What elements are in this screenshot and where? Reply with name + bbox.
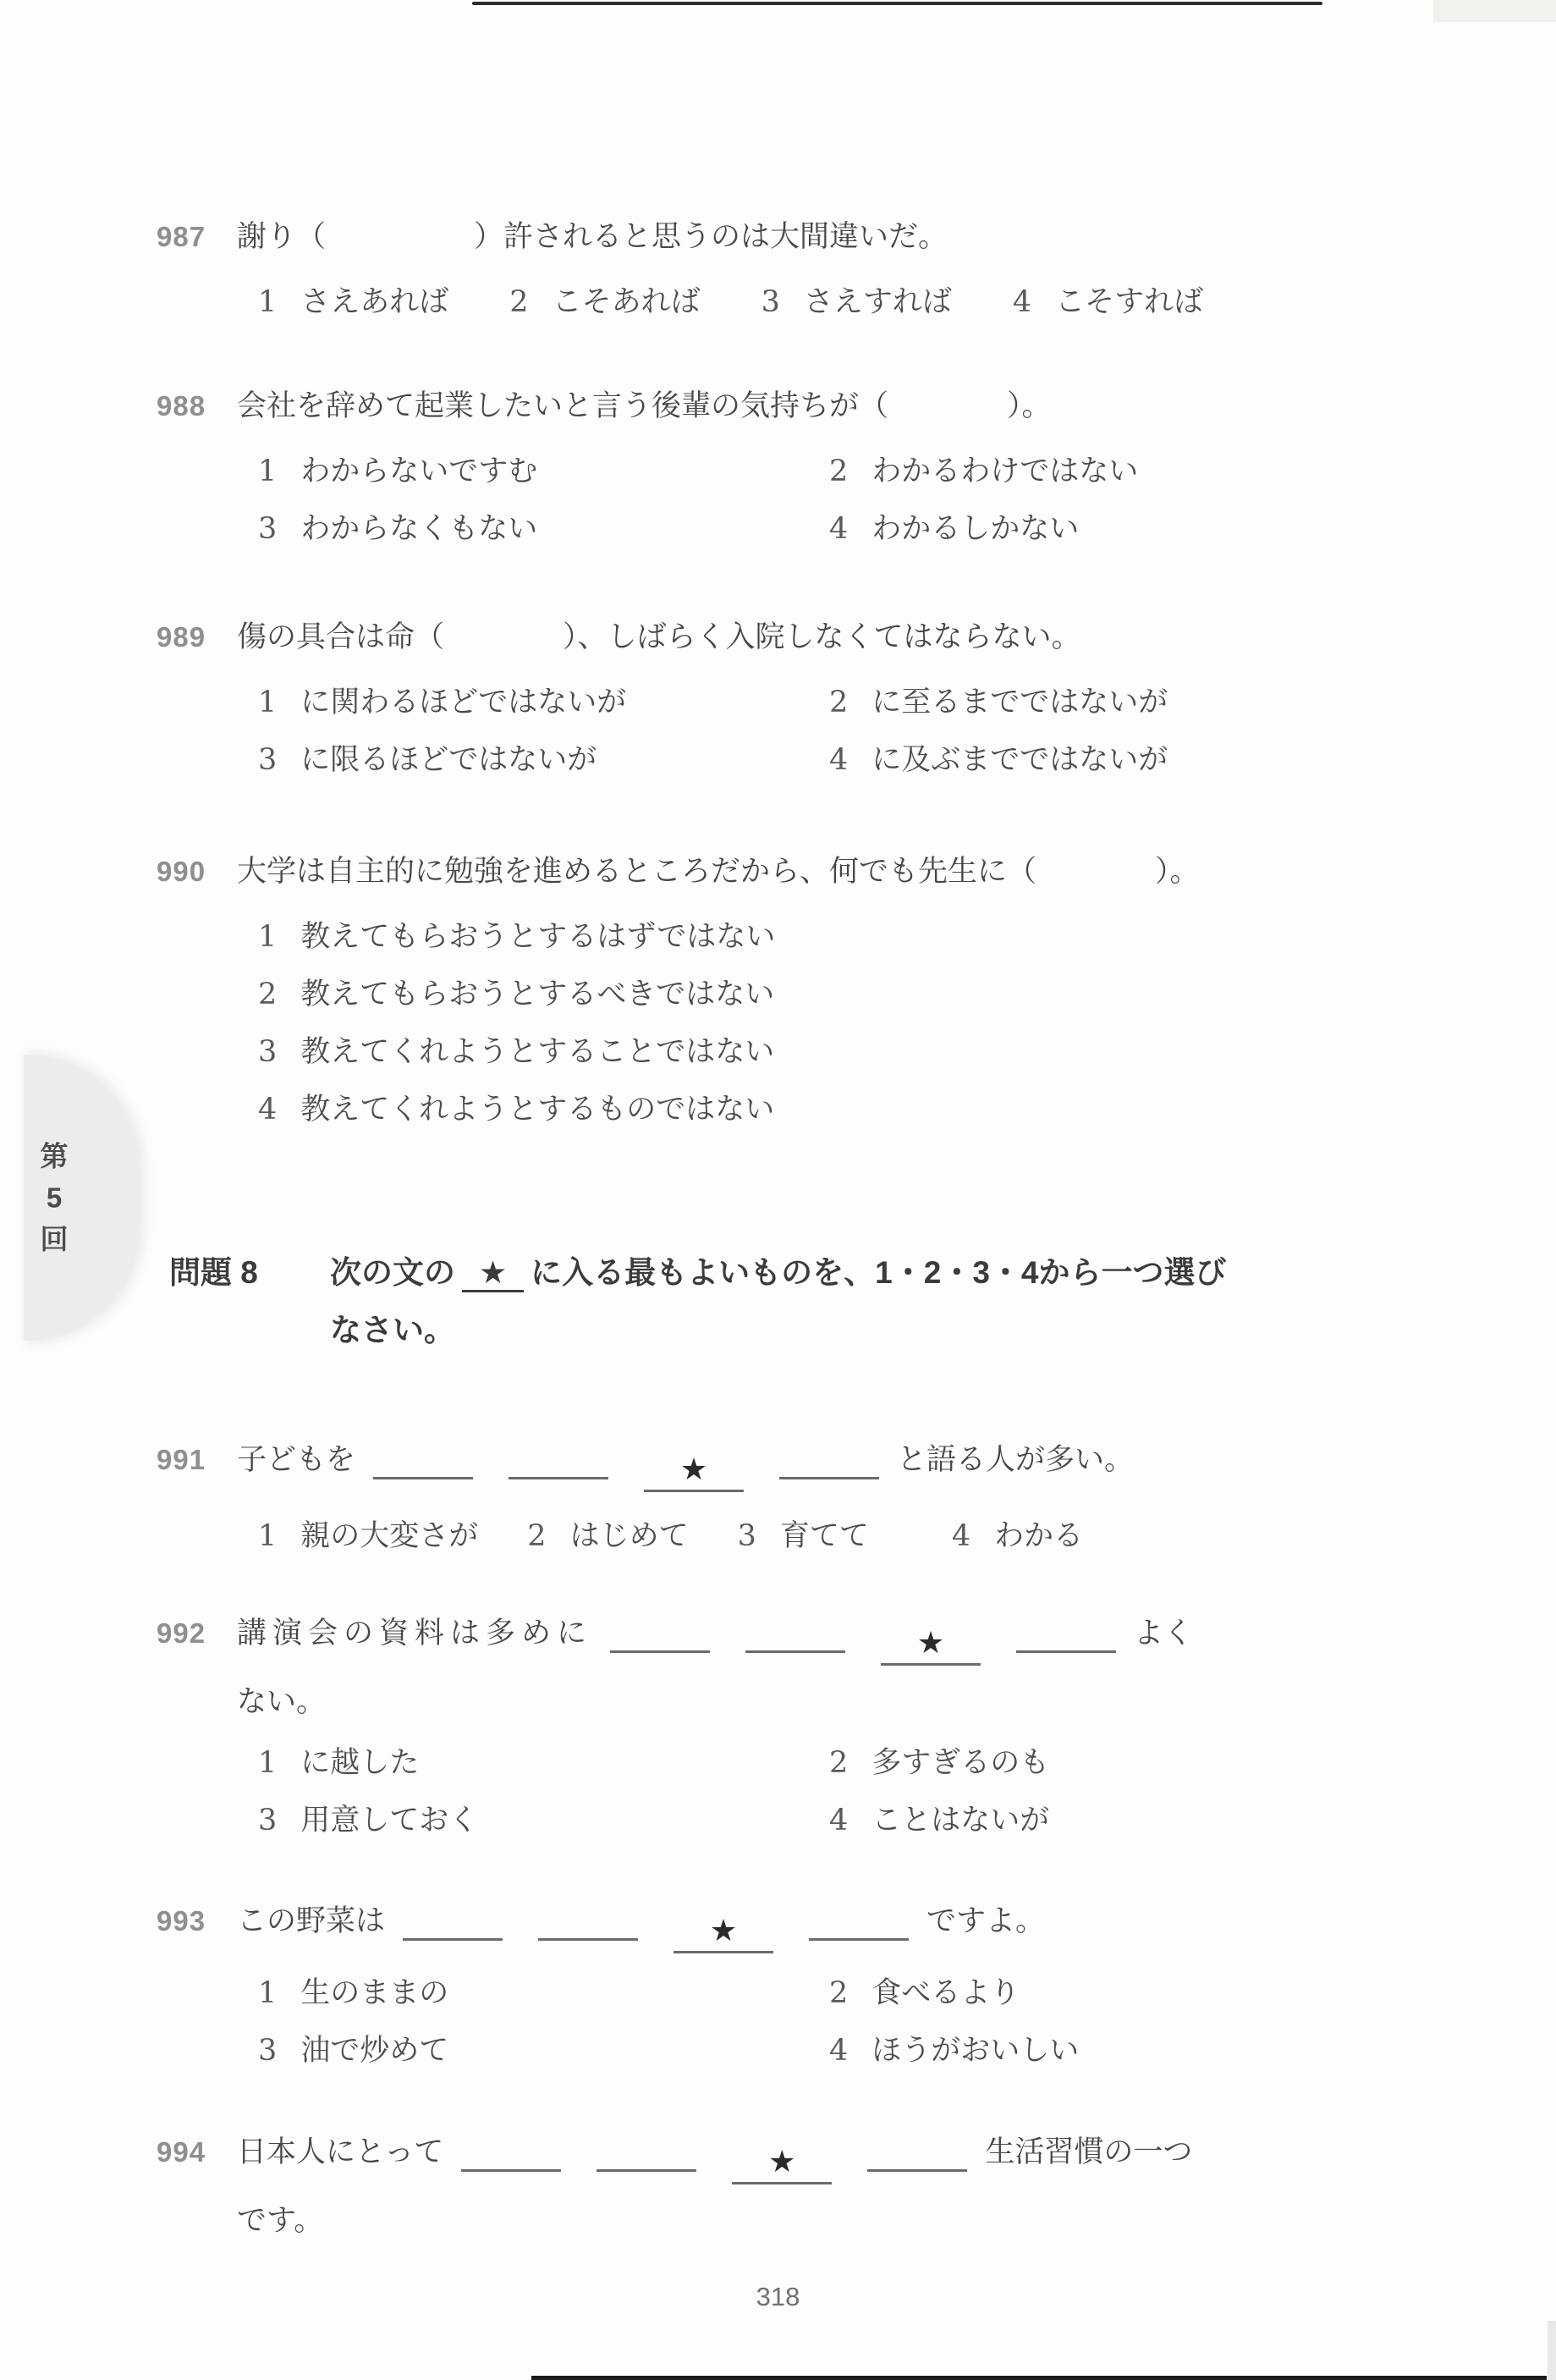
options-row: 1に関わるほどではないが 2に至るまでではないが <box>258 681 1434 724</box>
answer-blank <box>779 1439 879 1479</box>
answer-blank <box>1016 1612 1116 1653</box>
options-row: 1わからないですむ 2わかるわけではない <box>258 450 1434 493</box>
question-stem: 会社を辞めて起業したいと言う後輩の気持ちが（ ）。 <box>237 385 1052 427</box>
answer-blank-star: ★ <box>732 2144 832 2184</box>
option: 1に越した <box>258 1742 829 1784</box>
option: 2はじめて <box>527 1515 688 1557</box>
answer-blank-star: ★ <box>674 1913 773 1953</box>
option: 2に至るまでではないが <box>829 681 1434 724</box>
option: 1親の大変さが <box>258 1515 478 1557</box>
options-row: 3用意しておく 4ことはないが <box>258 1799 1434 1842</box>
answer-blank <box>610 1612 710 1653</box>
option: 3わからなくもない <box>258 508 829 550</box>
question-stem: 講演会の資料は多めに★よく <box>237 1612 1193 1666</box>
option: 2多すぎるのも <box>829 1742 1434 1784</box>
star-icon: ★ <box>462 1255 524 1292</box>
question-993: 993 この野菜は★ですよ。 1生のままの 2食べるより 3油で炒めて 4ほうが… <box>157 1900 1434 2087</box>
option: 4教えてくれようとするものではない <box>258 1088 1434 1131</box>
answer-blank <box>538 1900 638 1941</box>
options-row: 1さえあれば 2こそあれば 3さえすれば 4こそすれば <box>157 281 1434 323</box>
question-988: 988 会社を辞めて起業したいと言う後輩の気持ちが（ ）。 1わからないですむ … <box>157 385 1434 565</box>
options-row: 3油で炒めて 4ほうがおいしい <box>258 2030 1434 2072</box>
star-icon: ★ <box>732 2144 832 2181</box>
section-instruction: 次の文の★に入る最もよいものを、1・2・3・4から一つ選び <box>330 1251 1226 1295</box>
option: 3油で炒めて <box>258 2030 829 2072</box>
scan-artifact-bottom-line <box>531 2376 1547 2380</box>
answer-blank <box>597 2131 696 2172</box>
question-number: 989 <box>157 621 237 653</box>
question-994: 994 日本人にとって★生活習慣の一つ です。 <box>157 2131 1434 2265</box>
answer-blank <box>867 2131 967 2172</box>
options-row: 1生のままの 2食べるより <box>258 1972 1434 2014</box>
star-icon: ★ <box>674 1913 773 1950</box>
answer-blank <box>509 1439 608 1479</box>
star-icon: ★ <box>881 1625 981 1662</box>
question-992: 992 講演会の資料は多めに★よく ない。 1に越した 2多すぎるのも 3用意し… <box>157 1612 1434 1857</box>
section-instruction-line2: なさい。 <box>330 1308 455 1353</box>
answer-blank <box>745 1612 845 1653</box>
side-tab-char-3: 回 <box>37 1219 71 1260</box>
question-stem: 日本人にとって★生活習慣の一つ <box>237 2131 1192 2184</box>
option: 3育てて <box>738 1515 869 1557</box>
question-number: 994 <box>157 2136 237 2168</box>
answer-blank <box>809 1900 909 1941</box>
question-stem-line2: ない。 <box>237 1681 326 1723</box>
option: 1さえあれば <box>258 281 448 323</box>
star-icon: ★ <box>644 1452 744 1489</box>
scan-artifact-top-right-smudge <box>1433 0 1556 22</box>
option: 2わかるわけではない <box>829 450 1434 493</box>
options-row: 1親の大変さが 2はじめて 3育てて 4わかる <box>157 1515 1434 1557</box>
options-row: 3に限るほどではないが 4に及ぶまでではないが <box>258 739 1434 781</box>
option: 2教えてもらおうとするべきではない <box>258 973 1434 1016</box>
question-987: 987 謝り（ ）許されると思うのは大間違いだ。 1さえあれば 2こそあれば 3… <box>157 216 1434 339</box>
option: 4に及ぶまでではないが <box>829 739 1434 781</box>
question-stem: 謝り（ ）許されると思うのは大間違いだ。 <box>237 216 948 258</box>
option: 2こそあれば <box>509 281 700 323</box>
question-number: 993 <box>157 1905 237 1937</box>
page-number: 318 <box>0 2282 1556 2312</box>
options-row: 1に越した 2多すぎるのも <box>258 1742 1434 1784</box>
answer-blank <box>403 1900 503 1941</box>
question-991: 991 子どもを★と語る人が多い。 1親の大変さが 2はじめて 3育てて 4わか… <box>157 1439 1434 1573</box>
answer-blank-star: ★ <box>881 1625 981 1666</box>
question-number: 991 <box>157 1444 237 1476</box>
side-tab-label: 第 5 回 <box>37 1136 71 1260</box>
question-stem: 子どもを★と語る人が多い。 <box>237 1439 1134 1492</box>
option: 2食べるより <box>829 1972 1434 2014</box>
question-989: 989 傷の具合は命（ ）、しばらく入院しなくてはならない。 1に関わるほどでは… <box>157 616 1434 796</box>
option: 3さえすれば <box>762 281 952 323</box>
option: 4わかるしかない <box>829 508 1434 550</box>
option: 3教えてくれようとすることではない <box>258 1031 1434 1073</box>
question-number: 988 <box>157 390 237 422</box>
question-stem: この野菜は★ですよ。 <box>237 1900 1045 1953</box>
question-stem-line2: です。 <box>237 2200 323 2242</box>
side-tab-char-1: 第 <box>37 1136 71 1177</box>
scan-artifact-top-line <box>472 2 1322 5</box>
option: 4わかる <box>952 1515 1083 1557</box>
question-stem: 大学は自主的に勉強を進めるところだから、何でも先生に（ ）。 <box>237 851 1200 893</box>
answer-blank <box>373 1439 473 1479</box>
scanned-book-page: 第 5 回 987 謝り（ ）許されると思うのは大間違いだ。 1さえあれば 2こ… <box>0 0 1556 2380</box>
option: 4ほうがおいしい <box>829 2030 1434 2072</box>
option: 4ことはないが <box>829 1799 1434 1842</box>
scan-artifact-right-smudge <box>1548 2321 1556 2380</box>
options-row: 3わからなくもない 4わかるしかない <box>258 508 1434 550</box>
question-number: 987 <box>157 221 237 253</box>
answer-blank-star: ★ <box>644 1452 744 1492</box>
section-label: 問題 8 <box>169 1251 330 1295</box>
option: 4こそすれば <box>1013 281 1203 323</box>
question-stem: 傷の具合は命（ ）、しばらく入院しなくてはならない。 <box>237 616 1081 658</box>
option: 3用意しておく <box>258 1799 829 1842</box>
option: 1生のままの <box>258 1972 829 2014</box>
question-number: 992 <box>157 1617 237 1650</box>
option: 3に限るほどではないが <box>258 739 829 781</box>
side-tab-round5: 第 5 回 <box>24 1055 136 1341</box>
option: 1教えてもらおうとするはずではない <box>258 916 1434 958</box>
question-990: 990 大学は自主的に勉強を進めるところだから、何でも先生に（ ）。 1教えても… <box>157 851 1434 1146</box>
answer-blank <box>461 2131 561 2172</box>
section-header-mondai8: 問題 8 次の文の★に入る最もよいものを、1・2・3・4から一つ選び なさい。 <box>169 1251 1438 1353</box>
option: 1に関わるほどではないが <box>258 681 829 724</box>
side-tab-char-2: 5 <box>37 1177 71 1219</box>
question-number: 990 <box>157 856 237 888</box>
option: 1わからないですむ <box>258 450 829 493</box>
